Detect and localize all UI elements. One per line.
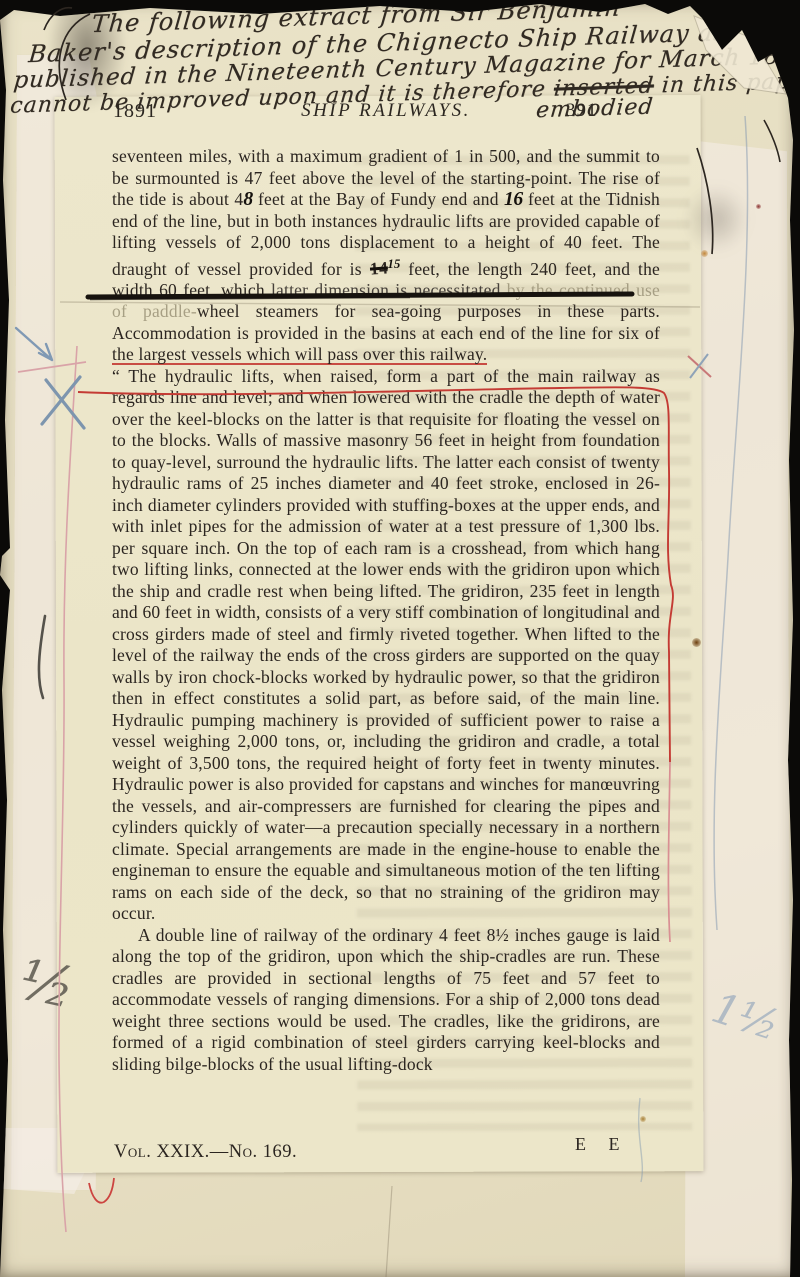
foxing-speck (640, 1116, 646, 1122)
scanned-page: The following extract from Sir Benjamin … (0, 0, 800, 1277)
handwritten-annotation: The following extract from Sir Benjamin … (0, 0, 799, 5)
header-page-number: 391 (566, 100, 598, 122)
page-title: SHIP RAILWAYS. (301, 100, 471, 122)
volume-footnote: Vol. XXIX.—No. 169. (114, 1142, 297, 1163)
paragraph: A double line of railway of the ordinary… (112, 925, 660, 1076)
scan-backdrop: The following extract from Sir Benjamin … (0, 0, 800, 1277)
body-text-segment: feet at the Bay of Fundy end and (253, 189, 504, 209)
paragraph: “ The hydraulic lifts, when raised, form… (112, 366, 660, 925)
annotation-text: in this paper. (653, 68, 800, 98)
body-text-segment: A double line of railway of the ordinary… (112, 925, 660, 1074)
foxing-speck (701, 250, 708, 257)
body-text-segment: 16 (504, 189, 523, 210)
body-text-segment: 8 (243, 189, 252, 210)
page-header: 1891 SHIP RAILWAYS. 391 (0, 100, 800, 126)
printed-body-text: seventeen miles, with a maximum gradient… (112, 146, 660, 1075)
paragraph: seventeen miles, with a maximum gradient… (112, 146, 660, 366)
header-year: 1891 (113, 100, 157, 123)
body-text-segment: the largest vessels which will pass over… (112, 344, 487, 365)
foxing-speck (756, 204, 761, 209)
body-text-segment: latter dimension is necessitated (271, 280, 507, 300)
signature-mark: E E (575, 1134, 629, 1155)
body-text-segment: 15 (387, 257, 400, 271)
body-text-segment: “ The hydraulic lifts, when raised, form… (112, 366, 660, 924)
foxing-speck (692, 638, 701, 647)
body-text-segment: 14 (369, 258, 388, 281)
